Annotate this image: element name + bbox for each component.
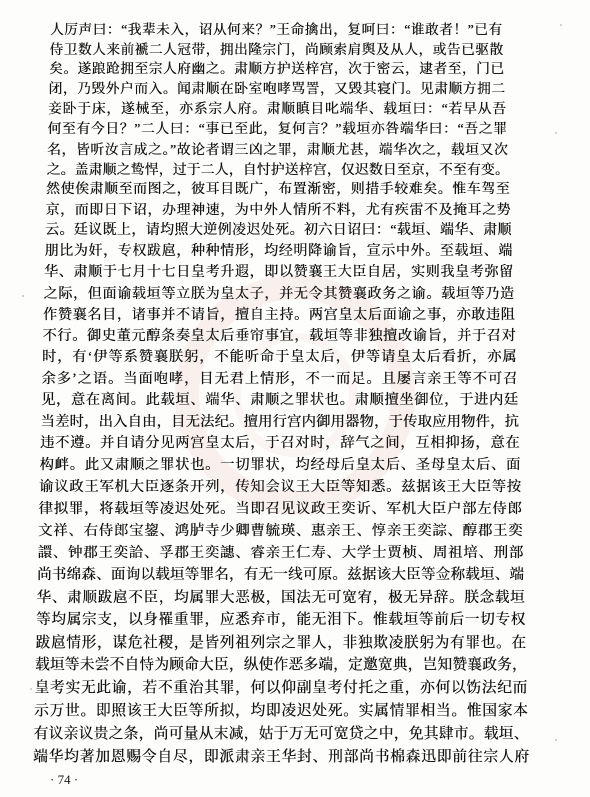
text-line: 名，皆听汝言成之。”故论者谓三凶之罪，肃顺尤甚，端华次之，载垣又次 xyxy=(47,141,508,159)
text-line: 端华均著加恩赐令自尽，即派肃亲王华封、刑部尚书棉森迅即前往宗人府 xyxy=(33,748,529,766)
text-line: 余多’之语。当面咆哮，目无君上情形，不一而足。且屡言亲王等不可召 xyxy=(42,370,518,388)
page-number: · 74 · xyxy=(50,771,90,789)
text-line: 华、肃顺于七月十七日皇考升遐，即以赞襄王大臣自居，实则我皇考弥留 xyxy=(44,264,513,282)
scan-speck xyxy=(560,24,562,26)
text-line: 人厉声曰：“我辈未入，诏从何来？”王命擒出，复呵曰：“谁敢者！”已有 xyxy=(50,21,502,39)
text-line: 然使俟肃顺至而图之，彼耳目既广，布置渐密，则措手较难矣。惟车驾至 xyxy=(46,181,510,199)
text-line: 作赞襄名目，诸事并不请旨，擅自主持。两宫皇太后面谕之事，亦敢违阻 xyxy=(43,306,515,324)
text-line: 时，有‘伊等系赞襄朕躬，不能听命于皇太后，伊等请皇太后看折，亦属 xyxy=(42,348,516,366)
text-line: 矣。遂踉跄拥至宗人府幽之。肃顺方护送梓宫，次于密云，逮者至，门已 xyxy=(49,60,504,78)
text-line: 侍卫数人来前褫二人冠带，拥出隆宗门，尚顾索肩舆及从人，或告已驱散 xyxy=(50,41,503,59)
text-line: 之。盖肃顺之鸷悍，过于二人，自忖护送梓宫，仅迟数日至京，不至有变。 xyxy=(47,161,509,179)
text-line: 示万世。即照该王大臣等所拟，均即凌迟处死。实属情罪相当。惟国家本 xyxy=(34,702,528,720)
text-line: 闭，乃毁外户而入。闻肃顺在卧室咆哮骂詈，又毁其寝门。见肃顺方拥二 xyxy=(49,80,505,98)
text-line: 不行。御史董元醇条奏皇太后垂帘事宜，载垣等非独擅改谕旨，并于召对 xyxy=(43,327,516,345)
text-line: 之际，但面谕载垣等立朕为皇太子，并无令其赞襄政务之谕。载垣等乃造 xyxy=(44,285,514,303)
text-line: 尚书绵森、面询以载垣等罪名，有无一线可原。兹据该大臣等佥称载垣、端 xyxy=(37,566,524,584)
text-line: 文祥、右侍郎宝鋆、鸿胪寺少卿曹毓瑛、惠亲王、惇亲王奕誴、醇郡王奕 xyxy=(38,522,522,540)
text-line: 何至有今日？”二人曰：“事已至此，复何言？”载垣亦咎端华曰：“吾之罪 xyxy=(48,120,507,138)
text-line: 云。廷议既上，请均照大逆例凌迟处死。初六日诏曰：“载垣、端华、肃顺 xyxy=(45,222,511,240)
text-line: 谕议政王军机大臣逐条开列，传知会议王大臣等知悉。兹据该王大臣等按 xyxy=(39,478,521,496)
text-line: 京，而即日下诏，办理神速，为中外人情所不料，尤有疾雷不及掩耳之势 xyxy=(46,202,511,220)
text-line: 见，意在离间。此载垣、端华、肃顺之罪状也。肃顺擅坐御位，于进内廷 xyxy=(41,391,518,409)
text-line: 违不遵。并自请分见两宫皇太后，于召对时，辞气之间，互相抑扬，意在 xyxy=(40,434,520,452)
text-line: 朋比为奸，专权跋扈，种种情形，均经明降谕旨，宣示中外。至载垣、端 xyxy=(45,243,513,261)
scan-speck xyxy=(555,739,557,741)
text-line: 譞、钟郡王奕詥、孚郡王奕譓、睿亲王仁寿、大学士贾桢、周祖培、刑部 xyxy=(38,544,524,562)
text-line: 当差时，出入自由，目无法纪。擅用行宫内御用器物，于传取应用物件，抗 xyxy=(41,413,519,431)
scan-speck xyxy=(555,132,557,134)
text-line: 载垣等未尝不自恃为顾命大臣，纵使作恶多端，定邀宽典，岂知赞襄政务， xyxy=(35,656,527,674)
text-line: 跋扈情形，谋危社稷，是皆列祖列宗之罪人，非独欺凌朕躬为有罪也。在 xyxy=(36,634,526,652)
scan-speck xyxy=(22,295,24,297)
scan-speck xyxy=(30,688,32,690)
text-line: 皇考实无此谕，若不重治其罪，何以仰副皇考付托之重，亦何以饬法纪而 xyxy=(35,679,528,697)
text-line: 等均属宗支，以身罹重罪，应悉弃市，能无泪下。惟载垣等前后一切专权 xyxy=(36,611,525,629)
text-line: 有议亲议贵之条，尚可量从末减，姑于万无可宽贷之中，免其肆市。载垣、 xyxy=(34,725,529,743)
text-line: 构衅。此又肃顺之罪状也。一切罪状，均经母后皇太后、圣母皇太后、面 xyxy=(40,456,521,474)
scanned-page: 人厉声曰：“我辈未入，诏从何来？”王命擒出，复呵曰：“谁敢者！”已有 侍卫数人来… xyxy=(0,0,590,797)
text-line: 律拟罪，将载垣等凌迟处死。当即召见议政王奕䜣、军机大臣户部左侍郎 xyxy=(39,500,522,518)
text-line: 华、肃顺跋扈不臣，均属罪大恶极，国法无可宽宥，极无异辞。朕念载垣 xyxy=(37,589,525,607)
text-line: 妾卧于床，遂械至，亦系宗人府。肃顺瞋目叱端华、载垣曰：“若早从吾言， xyxy=(48,100,506,118)
